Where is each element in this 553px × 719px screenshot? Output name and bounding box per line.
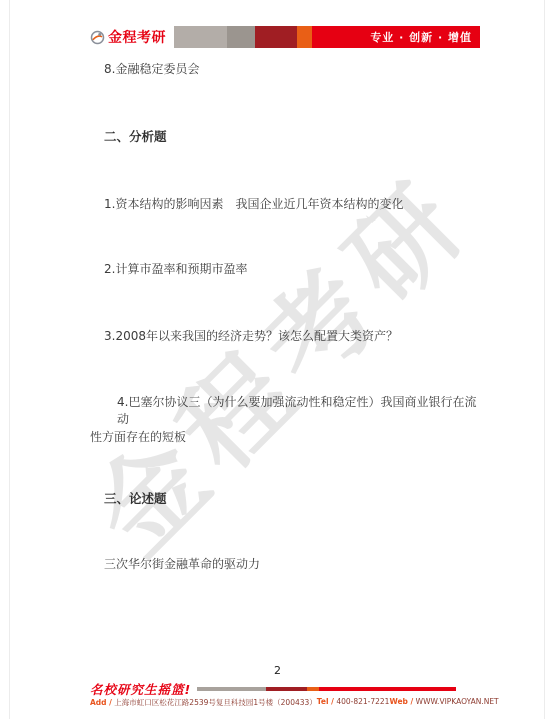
page-left-edge bbox=[9, 0, 10, 719]
footer-segment-darkred bbox=[266, 687, 306, 691]
footer-segment-red bbox=[319, 687, 456, 691]
tel-label: Tel / bbox=[317, 697, 334, 706]
footer-address: Add / 上海市虹口区松花江路2539号复旦科技园1号楼（200433） bbox=[90, 697, 317, 708]
essay-question: 三次华尔街金融革命的驱动力 bbox=[90, 556, 482, 573]
section-heading-essay: 三、论述题 bbox=[90, 490, 482, 507]
header-banner: 金程考研 专业 · 创新 · 增值 bbox=[90, 26, 480, 48]
footer-segment-orange bbox=[307, 687, 320, 691]
footer-web: Web / WWW.VIPKAOYAN.NET bbox=[389, 697, 498, 708]
address-label: Add / bbox=[90, 698, 112, 707]
page-right-edge bbox=[544, 0, 545, 719]
question-4-line-1: 4.巴塞尔协议三（为什么要加强流动性和稳定性）我国商业银行在流动 bbox=[90, 394, 482, 428]
logo-icon bbox=[90, 30, 105, 45]
brand-logo: 金程考研 bbox=[90, 26, 174, 48]
list-item: 8.金融稳定委员会 bbox=[90, 61, 482, 78]
web-value: WWW.VIPKAOYAN.NET bbox=[416, 697, 499, 706]
footer-contacts: Add / 上海市虹口区松花江路2539号复旦科技园1号楼（200433） Te… bbox=[90, 697, 480, 708]
footer-bar: 名校研究生摇篮! bbox=[90, 682, 456, 696]
brand-slogan: 专业 · 创新 · 增值 bbox=[370, 29, 472, 45]
question-4-line-2: 性方面存在的短板 bbox=[90, 429, 482, 446]
question-1: 1.资本结构的影响因素 我国企业近几年资本结构的变化 bbox=[90, 196, 482, 213]
question-3: 3.2008年以来我国的经济走势？该怎么配置大类资产？ bbox=[90, 328, 482, 345]
section-heading-analysis: 二、分析题 bbox=[90, 128, 482, 145]
banner-segment-gray-mid bbox=[227, 26, 255, 48]
footer-segment-gray bbox=[197, 687, 266, 691]
logo-text: 金程考研 bbox=[108, 27, 166, 47]
banner-segment-red: 专业 · 创新 · 增值 bbox=[312, 26, 480, 48]
address-value: 上海市虹口区松花江路2539号复旦科技园1号楼（200433） bbox=[114, 698, 317, 707]
banner-segment-gray-light bbox=[174, 26, 227, 48]
footer-tel: Tel / 400-821-7221 bbox=[317, 697, 390, 708]
tel-value: 400-821-7221 bbox=[336, 697, 389, 706]
question-2: 2.计算市盈率和预期市盈率 bbox=[90, 261, 482, 278]
page-number: 2 bbox=[90, 664, 465, 677]
web-label: Web / bbox=[389, 697, 413, 706]
banner-segment-orange bbox=[297, 26, 312, 48]
banner-segment-darkred bbox=[255, 26, 297, 48]
footer-tagline: 名校研究生摇篮! bbox=[90, 680, 191, 698]
